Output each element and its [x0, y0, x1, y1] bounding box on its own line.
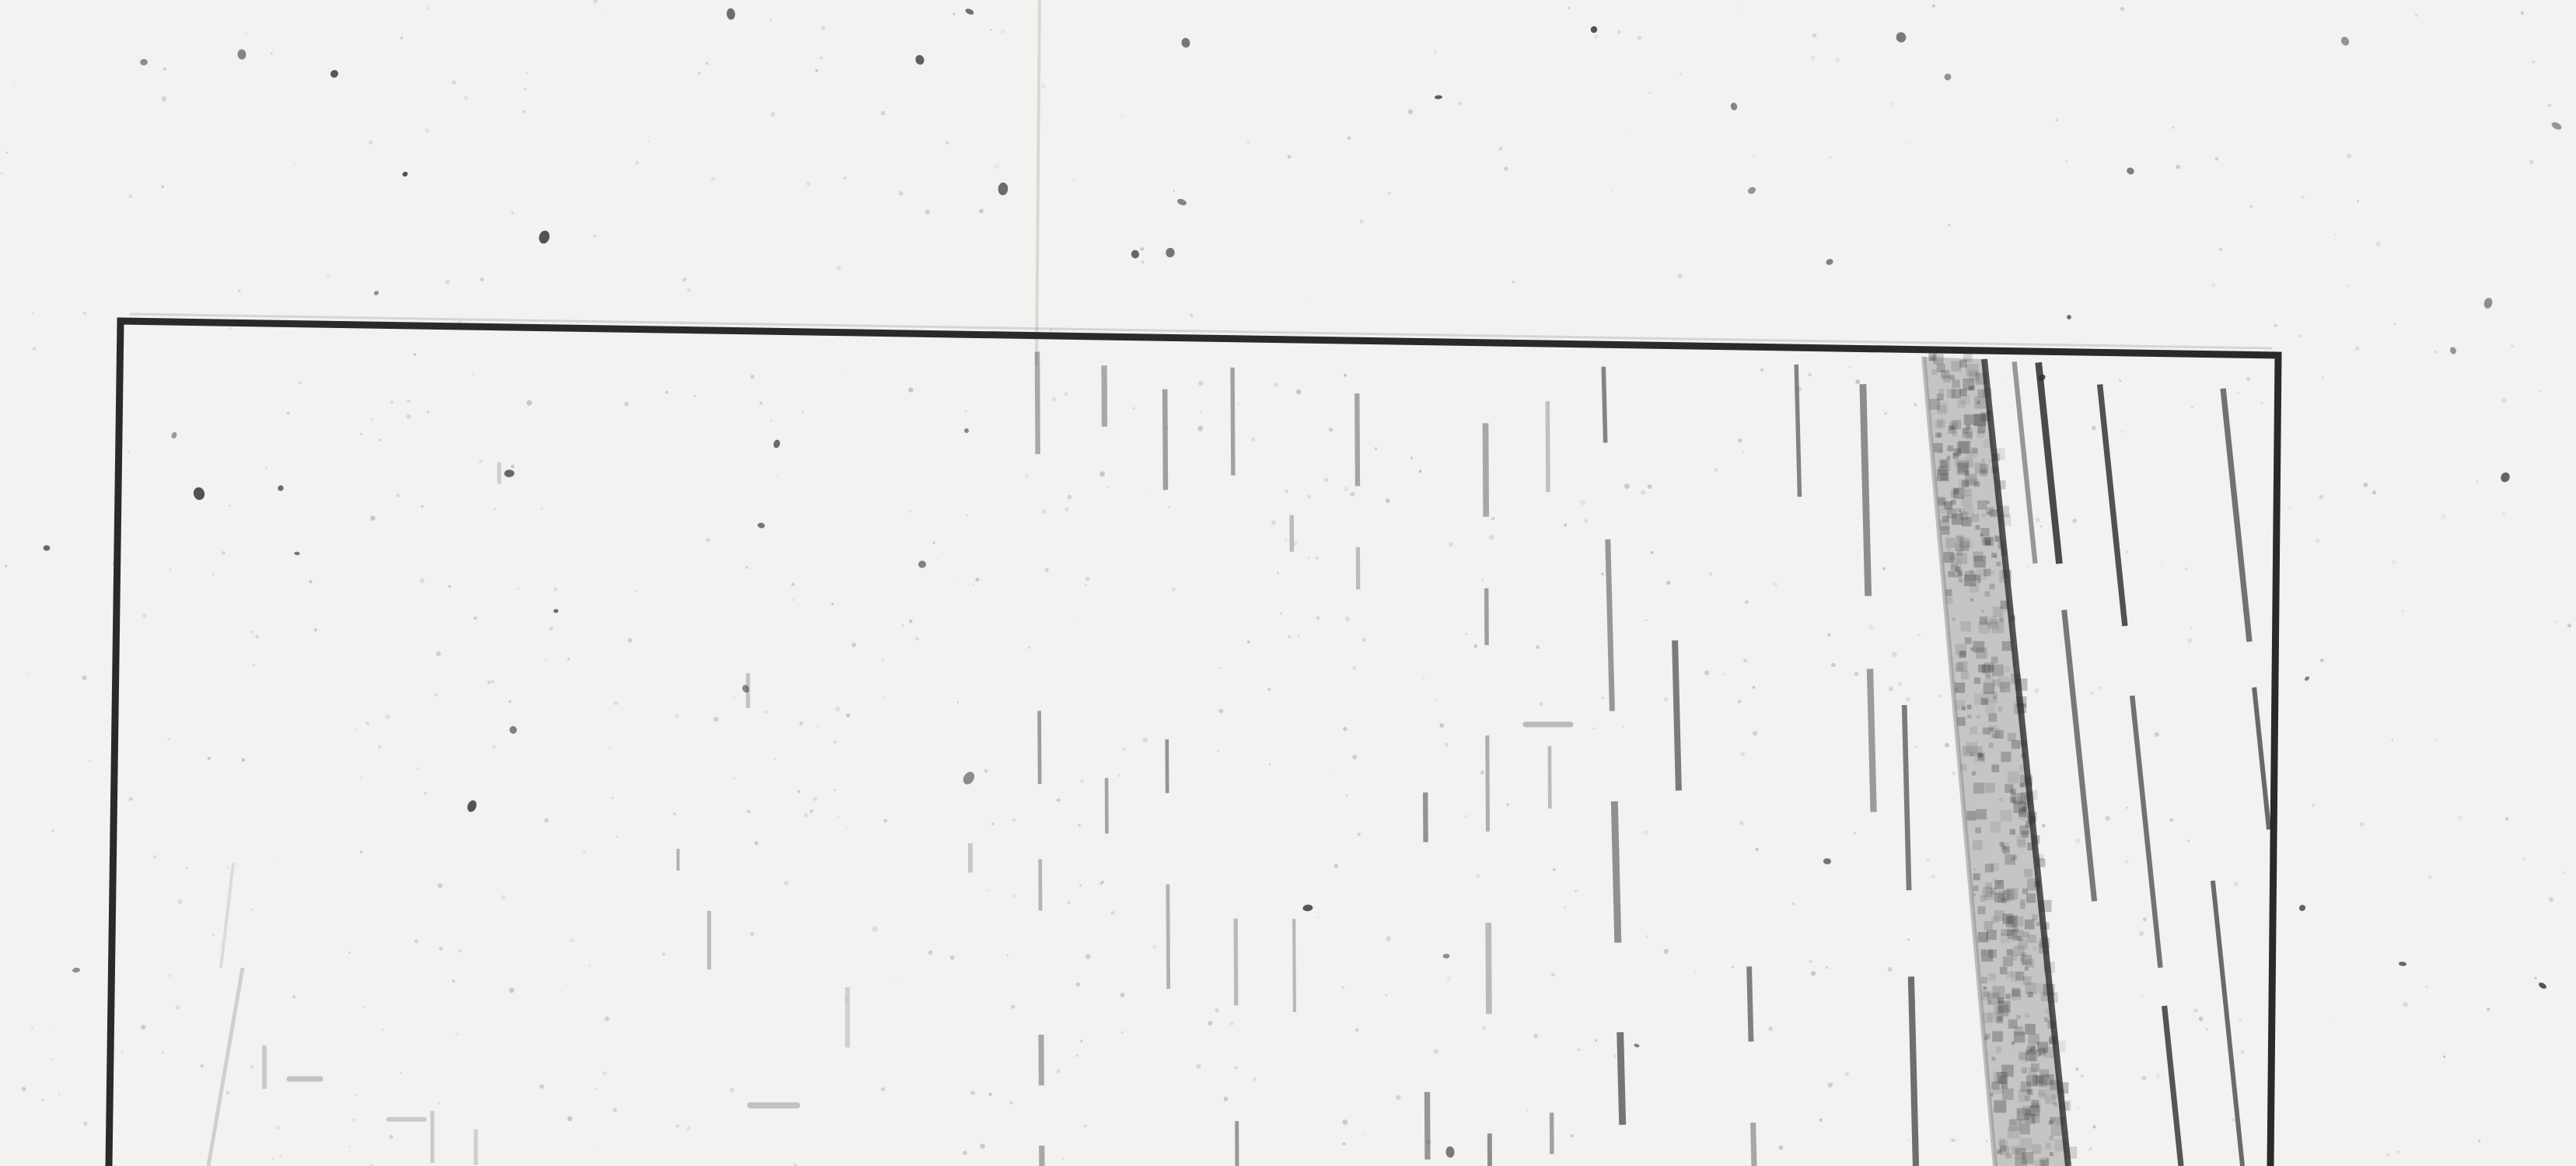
- paper-background: [0, 0, 2576, 1166]
- scan-canvas: [0, 0, 2576, 1166]
- scanned-page: [0, 0, 2576, 1166]
